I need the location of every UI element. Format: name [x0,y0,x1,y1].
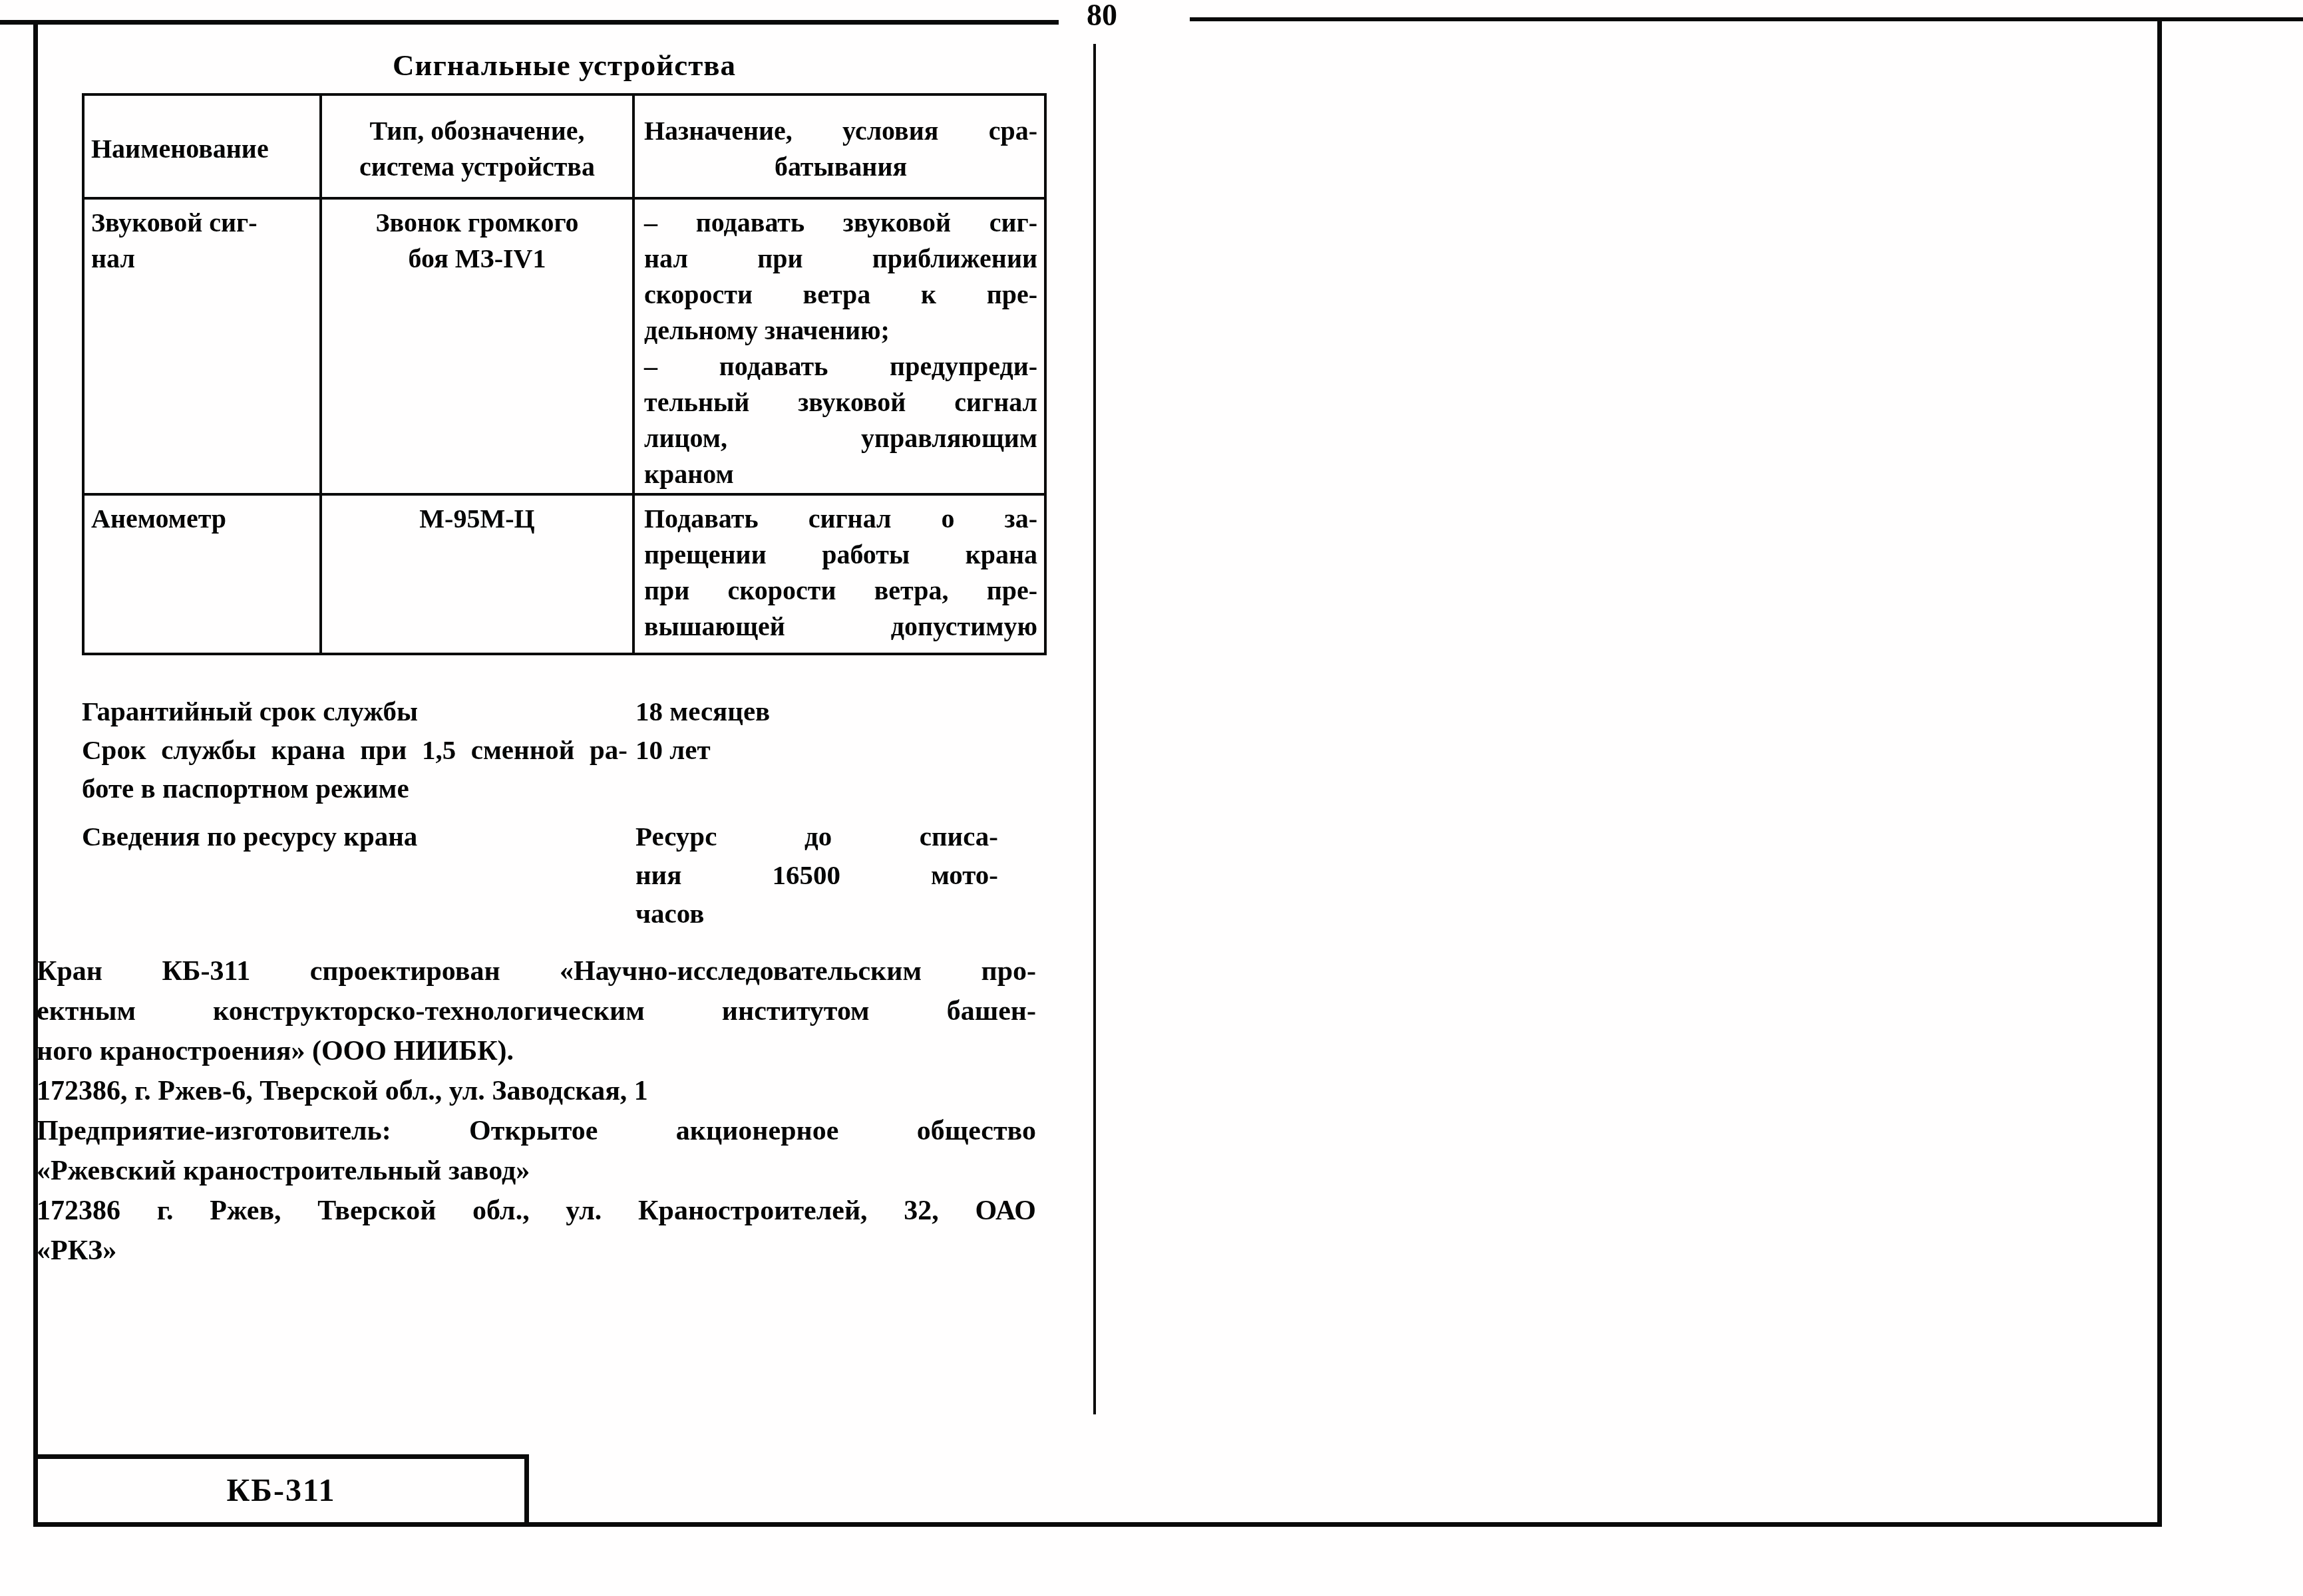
table-cell-name-row1: Звуковой сиг-нал [85,200,322,496]
text-line: «РКЗ» [37,1231,1036,1271]
spec-label: Гарантийный срок службы [82,692,627,730]
text-line: «Ржевский краностроительный завод» [37,1151,1036,1191]
crane-model-stamp-box: КБ-311 [33,1454,529,1527]
text-line: Звуковой сиг- [91,205,315,241]
text-line: вышающей допустимую [644,609,1037,645]
text-line: 172386 г. Ржев, Тверской обл., ул. Крано… [37,1191,1036,1231]
text-line: 10 лет [635,730,998,769]
text-line: Гарантийный срок службы [82,692,627,730]
text-line: Сведения по ресурсу крана [82,817,627,856]
text-line: часов [635,894,998,933]
text-line: М-95М-Ц [322,501,632,537]
text-line: Наименование [91,131,315,167]
text-line: 18 месяцев [635,692,998,730]
spec-row-resource: Сведения по ресурсу крана Ресурс до спис… [82,817,998,933]
page-right-border [2157,17,2162,1525]
text-line: лицом, управляющим [644,420,1037,456]
crane-model-label: КБ-311 [227,1472,336,1509]
table-cell-type-row2: М-95М-Ц [322,496,635,653]
page-left-border [33,20,38,1527]
text-line: батывания [644,149,1037,185]
text-line: ного краностроения» (ООО НИИБК). [37,1031,1036,1071]
text-line: – подавать предупреди- [644,349,1037,385]
table-cell-type-row1: Звонок громкогобоя МЗ-IV1 [322,200,635,496]
text-line: система устройства [322,149,632,185]
text-line: нал при приближении [644,241,1037,277]
table-cell-name-row2: Анемометр [85,496,322,653]
signal-devices-table: Наименование Тип, обозначение,система ус… [82,93,1047,655]
page-number: 80 [1049,0,1155,33]
text-line: тельный звуковой сигнал [644,385,1037,420]
text-line: дельному значению; [644,313,1037,349]
spec-row-service-life: Срок службы крана при 1,5 сменной ра-бот… [82,730,998,808]
text-line: Кран КБ-311 спроектирован «Научно-исслед… [37,951,1036,991]
text-line: 172386, г. Ржев-6, Тверской обл., ул. За… [37,1071,1036,1111]
text-line: Ресурс до списа- [635,817,998,856]
spec-row-warranty: Гарантийный срок службы 18 месяцев [82,692,998,730]
spec-value: 18 месяцев [635,692,998,730]
text-line: при скорости ветра, пре- [644,573,1037,609]
text-line: скорости ветра к пре- [644,277,1037,313]
text-line: Звонок громкого [322,205,632,241]
text-line: – подавать звуковой сиг- [644,205,1037,241]
spec-value: 10 лет [635,730,998,769]
table-cell-purpose-row1: – подавать звуковой сиг-нал при приближе… [635,200,1044,496]
top-rule-right [1190,17,2303,21]
text-line: Анемометр [91,501,315,537]
table-header-purpose: Назначение, условия сра-батывания [635,96,1044,200]
text-line: Тип, обозначение, [322,113,632,149]
document-page: 80 Сигнальные устройства Наименование Ти… [0,0,2303,1596]
text-line: краном [644,456,1037,492]
text-line: ектным конструкторско-технологическим ин… [37,991,1036,1031]
manufacturer-paragraph: Кран КБ-311 спроектирован «Научно-исслед… [37,951,1036,1271]
spec-label: Срок службы крана при 1,5 сменной ра-бот… [82,730,627,808]
spec-label: Сведения по ресурсу крана [82,817,627,856]
text-line: боя МЗ-IV1 [322,241,632,277]
section-title: Сигнальные устройства [82,48,1047,82]
table-header-type: Тип, обозначение,система устройства [322,96,635,200]
page-center-divider [1093,44,1096,1414]
text-line: Подавать сигнал о за- [644,501,1037,537]
text-line: ния 16500 мото- [635,856,998,894]
spec-value: Ресурс до списа-ния 16500 мото-часов [635,817,998,933]
text-line: прещении работы крана [644,537,1037,573]
text-line: нал [91,241,315,277]
text-line: Назначение, условия сра- [644,113,1037,149]
top-rule-left [0,20,1059,25]
table-header-name: Наименование [85,96,322,200]
spec-list: Гарантийный срок службы 18 месяцев Срок … [82,692,998,933]
table-cell-purpose-row2: Подавать сигнал о за-прещении работы кра… [635,496,1044,653]
text-line: Срок службы крана при 1,5 сменной ра- [82,730,627,769]
text-line: Предприятие-изготовитель: Открытое акцио… [37,1111,1036,1151]
text-line: боте в паспортном режиме [82,769,627,808]
